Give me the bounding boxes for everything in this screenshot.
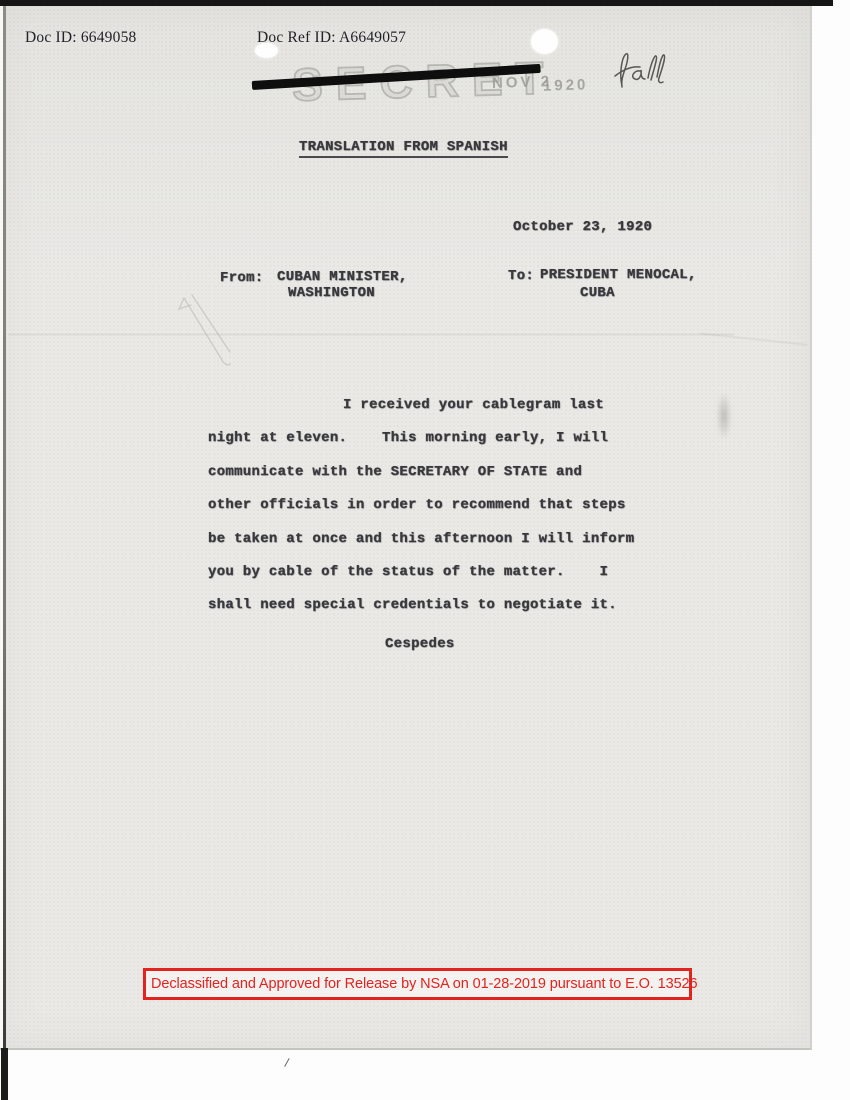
stray-mark: /	[284, 1056, 290, 1069]
signature: Cespedes	[385, 636, 455, 652]
to-label: To:	[508, 268, 534, 284]
from-label: From:	[220, 270, 264, 286]
handwritten-note	[612, 45, 674, 95]
doc-id-label: Doc ID: 6649058	[25, 29, 137, 47]
faint-pencil-smudge	[714, 384, 734, 448]
scan-bottom-left-edge	[1, 1048, 8, 1100]
body-line: night at eleven. This morning early, I w…	[208, 422, 634, 455]
declassification-banner: Declassified and Approved for Release by…	[143, 968, 692, 1000]
date-received-stamp-year: 1920	[543, 76, 589, 95]
letter-body: I received your cablegram last night at …	[208, 389, 634, 623]
body-line: other officials in order to recommend th…	[208, 489, 634, 522]
doc-ref-id-label: Doc Ref ID: A6649057	[257, 29, 406, 47]
body-line: you by cable of the status of the matter…	[208, 556, 634, 589]
hole-punch-left	[255, 43, 278, 58]
hole-punch-right	[531, 29, 558, 54]
to-name: PRESIDENT MENOCAL,	[540, 267, 697, 283]
letter-title: TRANSLATION FROM SPANISH	[299, 139, 508, 158]
body-line: be taken at once and this afternoon I wi…	[208, 523, 634, 556]
body-line: communicate with the SECRETARY OF STATE …	[208, 456, 634, 489]
scan-top-edge	[0, 0, 833, 6]
to-location: CUBA	[580, 285, 615, 301]
pencil-arrow-mark	[170, 288, 250, 372]
declassification-notice: Declassified and Approved for Release by…	[146, 976, 697, 992]
scan-left-edge	[3, 6, 6, 1048]
letter-date: October 23, 1920	[513, 219, 652, 235]
body-line: I received your cablegram last	[208, 389, 634, 422]
paper-crease	[8, 334, 734, 335]
from-name: CUBAN MINISTER,	[277, 269, 408, 285]
body-line: shall need special credentials to negoti…	[208, 589, 634, 622]
from-location: WASHINGTON	[288, 285, 375, 301]
